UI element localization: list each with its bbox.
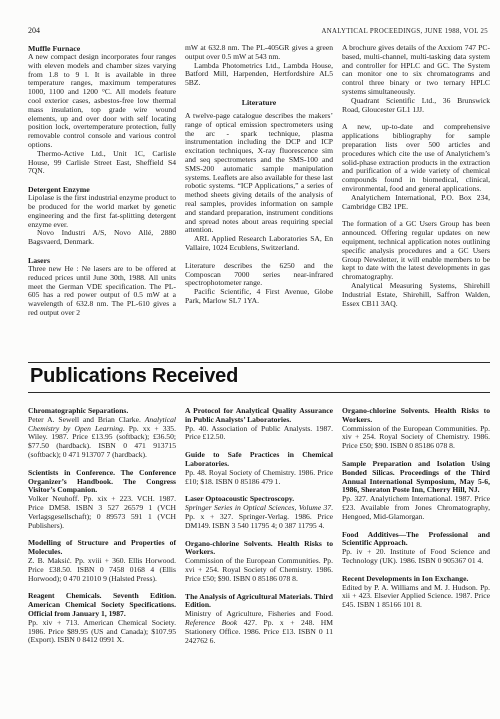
address-paragraph: ARL Applied Research Laboratories SA, En…: [185, 235, 333, 253]
literature-heading: Literature: [185, 98, 333, 107]
news-column-3: A brochure gives details of the Axxiom 7…: [342, 44, 490, 318]
publication-body: Z. B. Maksić. Pp. xviii + 360. Ellis Hor…: [28, 557, 176, 583]
publication-body-segment: Pp. iv + 20. Institute of Food Science a…: [342, 547, 490, 565]
publication-entry: Organo-chlorine Solvents. Health Risks t…: [185, 540, 333, 584]
publication-entry: Guide to Safe Practices in Chemical Labo…: [185, 451, 333, 486]
publication-body: Peter A. Sewell and Brian Clarke. Analyt…: [28, 416, 176, 460]
news-paragraph: mW at 632.8 nm. The PL-405GR gives a gre…: [185, 44, 333, 62]
publication-entry: Food Additives—The Professional and Scie…: [342, 531, 490, 566]
address-paragraph: Lambda Photometrics Ltd., Lambda House, …: [185, 62, 333, 88]
publication-entry: Organo-chlorine Solvents. Health Risks t…: [342, 407, 490, 451]
publication-body: Commission of the European Communities. …: [342, 425, 490, 451]
address-paragraph: Novo Industri A/S, Novo Allé, 2880 Bagsv…: [28, 229, 176, 247]
address-paragraph: Thermo-Active Ltd., Unit 1C, Carlisle Ho…: [28, 150, 176, 176]
publication-body-segment: Commission of the European Communities. …: [185, 556, 333, 583]
publication-entry: Sample Preparation and Isolation Using B…: [342, 460, 490, 522]
news-column-2: mW at 632.8 nm. The PL-405GR gives a gre…: [185, 44, 333, 318]
publication-body: Volker Neuhoff. Pp. xix + 223. VCH. 1987…: [28, 495, 176, 530]
section-divider-bottom: [28, 392, 490, 393]
page-number: 204: [28, 26, 40, 35]
publication-entry: The Analysis of Agricultural Materials. …: [185, 593, 333, 646]
publication-title: Sample Preparation and Isolation Using B…: [342, 460, 490, 495]
publication-body-segment: Pp. 48. Royal Society of Chemistry. 1986…: [185, 468, 333, 486]
publication-entry: Chromatographic Separations.Peter A. Sew…: [28, 407, 176, 460]
publications-section-title: Publications Received: [30, 363, 238, 389]
news-paragraph: The formation of a GC Users Group has be…: [342, 220, 490, 282]
publication-entry: Reagent Chemicals. Seventh Edition. Amer…: [28, 592, 176, 645]
publication-body-segment: Ministry of Agriculture, Fisheries and F…: [185, 609, 333, 618]
publication-body-segment: Volker Neuhoff. Pp. xix + 223. VCH. 1987…: [28, 494, 176, 529]
publication-title: Reagent Chemicals. Seventh Edition. Amer…: [28, 592, 176, 618]
news-section: Muffle FurnaceA new compact design incor…: [28, 44, 490, 318]
publication-body: Edited by P. A. Williams and M. J. Hudso…: [342, 584, 490, 610]
news-paragraph: Three new He : Ne lasers are to be offer…: [28, 265, 176, 318]
publications-column-3: Organo-chlorine Solvents. Health Risks t…: [342, 407, 490, 654]
publications-column-2: A Protocol for Analytical Quality Assura…: [185, 407, 333, 654]
publication-body-segment: Pp. xiv + 713. American Chemical Society…: [28, 618, 176, 645]
journal-header: ANALYTICAL PROCEEDINGS, JUNE 1988, VOL 2…: [321, 28, 488, 35]
address-paragraph: Analytical Measuring Systems, Shirehill …: [342, 282, 490, 308]
news-paragraph: Lipolase is the first industrial enzyme …: [28, 194, 176, 229]
publication-entry: Scientists in Conference. The Conference…: [28, 469, 176, 531]
publication-title: Guide to Safe Practices in Chemical Labo…: [185, 451, 333, 469]
publication-body-segment: Edited by P. A. Williams and M. J. Hudso…: [342, 583, 490, 610]
news-column-1: Muffle FurnaceA new compact design incor…: [28, 44, 176, 318]
publication-body-segment: Z. B. Maksić. Pp. xviii + 360. Ellis Hor…: [28, 556, 176, 583]
publications-section: Chromatographic Separations.Peter A. Sew…: [28, 407, 490, 654]
publication-entry: Recent Developments in Ion Exchange.Edit…: [342, 575, 490, 610]
publication-title: Modelling of Structure and Properties of…: [28, 539, 176, 557]
publication-title: Organo-chlorine Solvents. Health Risks t…: [185, 540, 333, 558]
address-paragraph: Quadrant Scientific Ltd., 36 Brunswick R…: [342, 97, 490, 115]
publication-body: Commission of the European Communities. …: [185, 557, 333, 583]
publication-entry: A Protocol for Analytical Quality Assura…: [185, 407, 333, 442]
news-paragraph: A new, up-to-date and comprehensive appl…: [342, 123, 490, 193]
publication-body-segment: Springer Series in Optical Sciences, Vol…: [185, 503, 331, 512]
publication-body-segment: Pp. 40. Association of Public Analysts. …: [185, 424, 333, 442]
publication-body-segment: Peter A. Sewell and Brian Clarke.: [28, 415, 145, 424]
publication-body: Ministry of Agriculture, Fisheries and F…: [185, 610, 333, 645]
publication-body: Pp. 40. Association of Public Analysts. …: [185, 425, 333, 443]
publication-body-segment: Reference Book: [185, 618, 237, 627]
publication-body: Pp. 327. Analytichem International. 1987…: [342, 495, 490, 521]
publication-body-segment: Pp. 327. Analytichem International. 1987…: [342, 494, 490, 521]
publication-title: Food Additives—The Professional and Scie…: [342, 531, 490, 549]
publications-column-1: Chromatographic Separations.Peter A. Sew…: [28, 407, 176, 654]
publication-title: The Analysis of Agricultural Materials. …: [185, 593, 333, 611]
publication-body: Springer Series in Optical Sciences, Vol…: [185, 504, 333, 530]
news-paragraph: A new compact design incorporates four r…: [28, 53, 176, 150]
publication-title: Scientists in Conference. The Conference…: [28, 469, 176, 495]
publication-title: Organo-chlorine Solvents. Health Risks t…: [342, 407, 490, 425]
publication-title: A Protocol for Analytical Quality Assura…: [185, 407, 333, 425]
news-paragraph: A twelve-page catalogue describes the ma…: [185, 112, 333, 235]
publication-entry: Modelling of Structure and Properties of…: [28, 539, 176, 583]
news-paragraph: A brochure gives details of the Axxiom 7…: [342, 44, 490, 97]
page-header: 204 ANALYTICAL PROCEEDINGS, JUNE 1988, V…: [28, 26, 488, 35]
journal-page: 204 ANALYTICAL PROCEEDINGS, JUNE 1988, V…: [0, 0, 500, 719]
publication-body: Pp. iv + 20. Institute of Food Science a…: [342, 548, 490, 566]
news-paragraph: Literature describes the 6250 and the Co…: [185, 262, 333, 288]
publication-body-segment: Commission of the European Communities. …: [342, 424, 490, 451]
address-paragraph: Analytichem International, P.O. Box 234,…: [342, 194, 490, 212]
publication-body: Pp. xiv + 713. American Chemical Society…: [28, 619, 176, 645]
publication-entry: Laser Optoacoustic Spectroscopy.Springer…: [185, 495, 333, 530]
publication-body: Pp. 48. Royal Society of Chemistry. 1986…: [185, 469, 333, 487]
address-paragraph: Pacific Scientific, 4 First Avenue, Glob…: [185, 288, 333, 306]
